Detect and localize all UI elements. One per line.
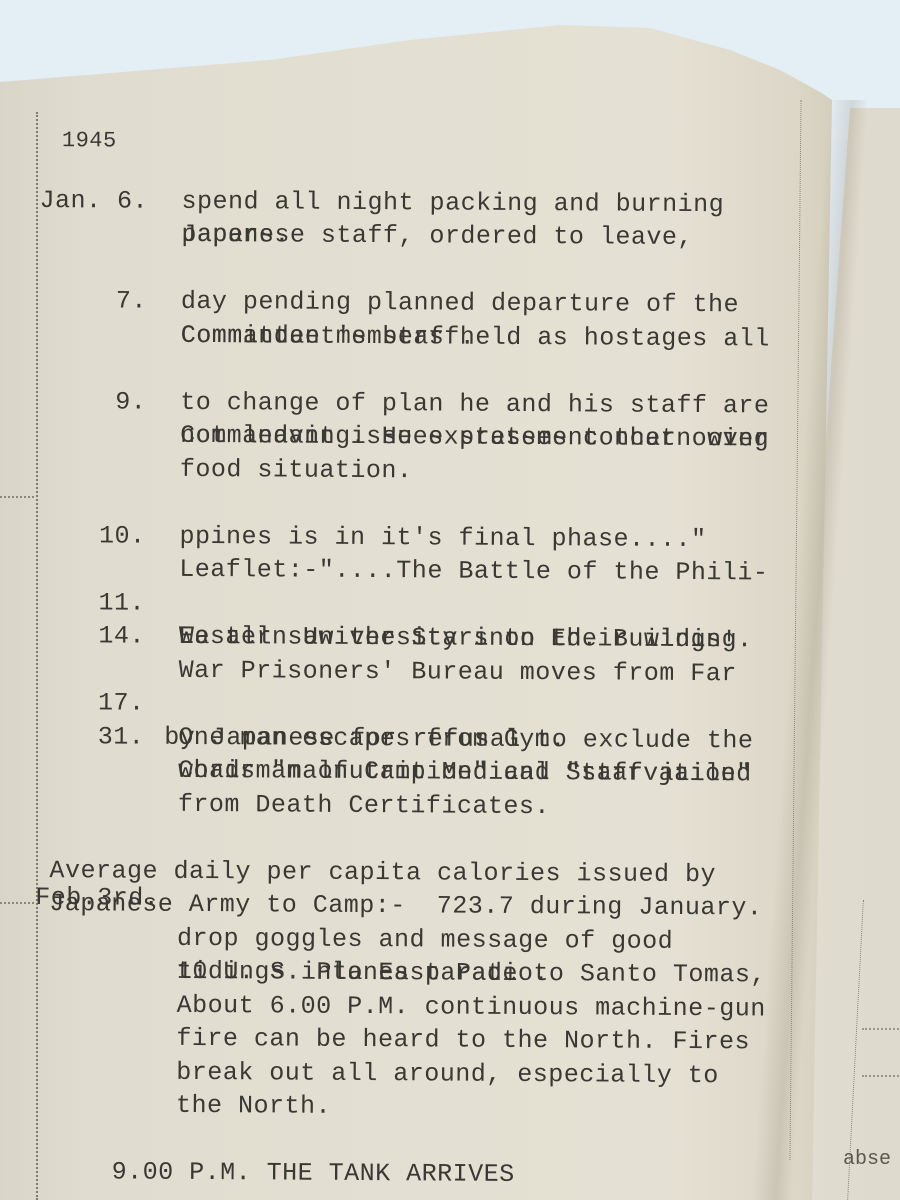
entry-row: 14. War Prisoners' Bureau moves from Far bbox=[37, 585, 797, 623]
entry-row: 17. One man escapes from Gym. bbox=[37, 652, 797, 690]
entry-date: Feb.3rd. bbox=[35, 881, 159, 915]
margin-tick bbox=[0, 902, 34, 904]
entry-row: Jan. 6. Japanese staff, ordered to leave… bbox=[40, 150, 800, 188]
entry-row: 31. Chairman of Camp Medical Staff jaile… bbox=[36, 686, 796, 724]
adjacent-page-text: abse bbox=[843, 1148, 891, 1171]
margin-tick bbox=[0, 496, 34, 498]
entry-row: 7. Committee members held as hostages al… bbox=[39, 250, 799, 288]
tank-arrives-line: 9.00 P.M. THE TANK ARRIVES bbox=[112, 1155, 515, 1191]
entry-row: 10. Leaflet:-"....The Battle of the Phil… bbox=[38, 485, 798, 523]
typed-diary-text: 1945 Jan. 6. Japanese staff, ordered to … bbox=[34, 130, 800, 1160]
calorie-summary: Average daily per capita calories issued… bbox=[36, 820, 796, 858]
entry-row: Feb.3rd. 10 U. S. Planes parade to Santo… bbox=[35, 887, 795, 925]
entry-row: 11. We all saw the Stars on their wings! bbox=[37, 552, 797, 590]
adjacent-page-dotted-rule bbox=[862, 1075, 900, 1077]
entry-row: 9.00 P.M. THE TANK ARRIVES bbox=[34, 1121, 794, 1159]
adjacent-page-dotted-rule bbox=[862, 1028, 900, 1030]
entry-row: 9. Commandant issues statement that owin… bbox=[38, 351, 798, 389]
